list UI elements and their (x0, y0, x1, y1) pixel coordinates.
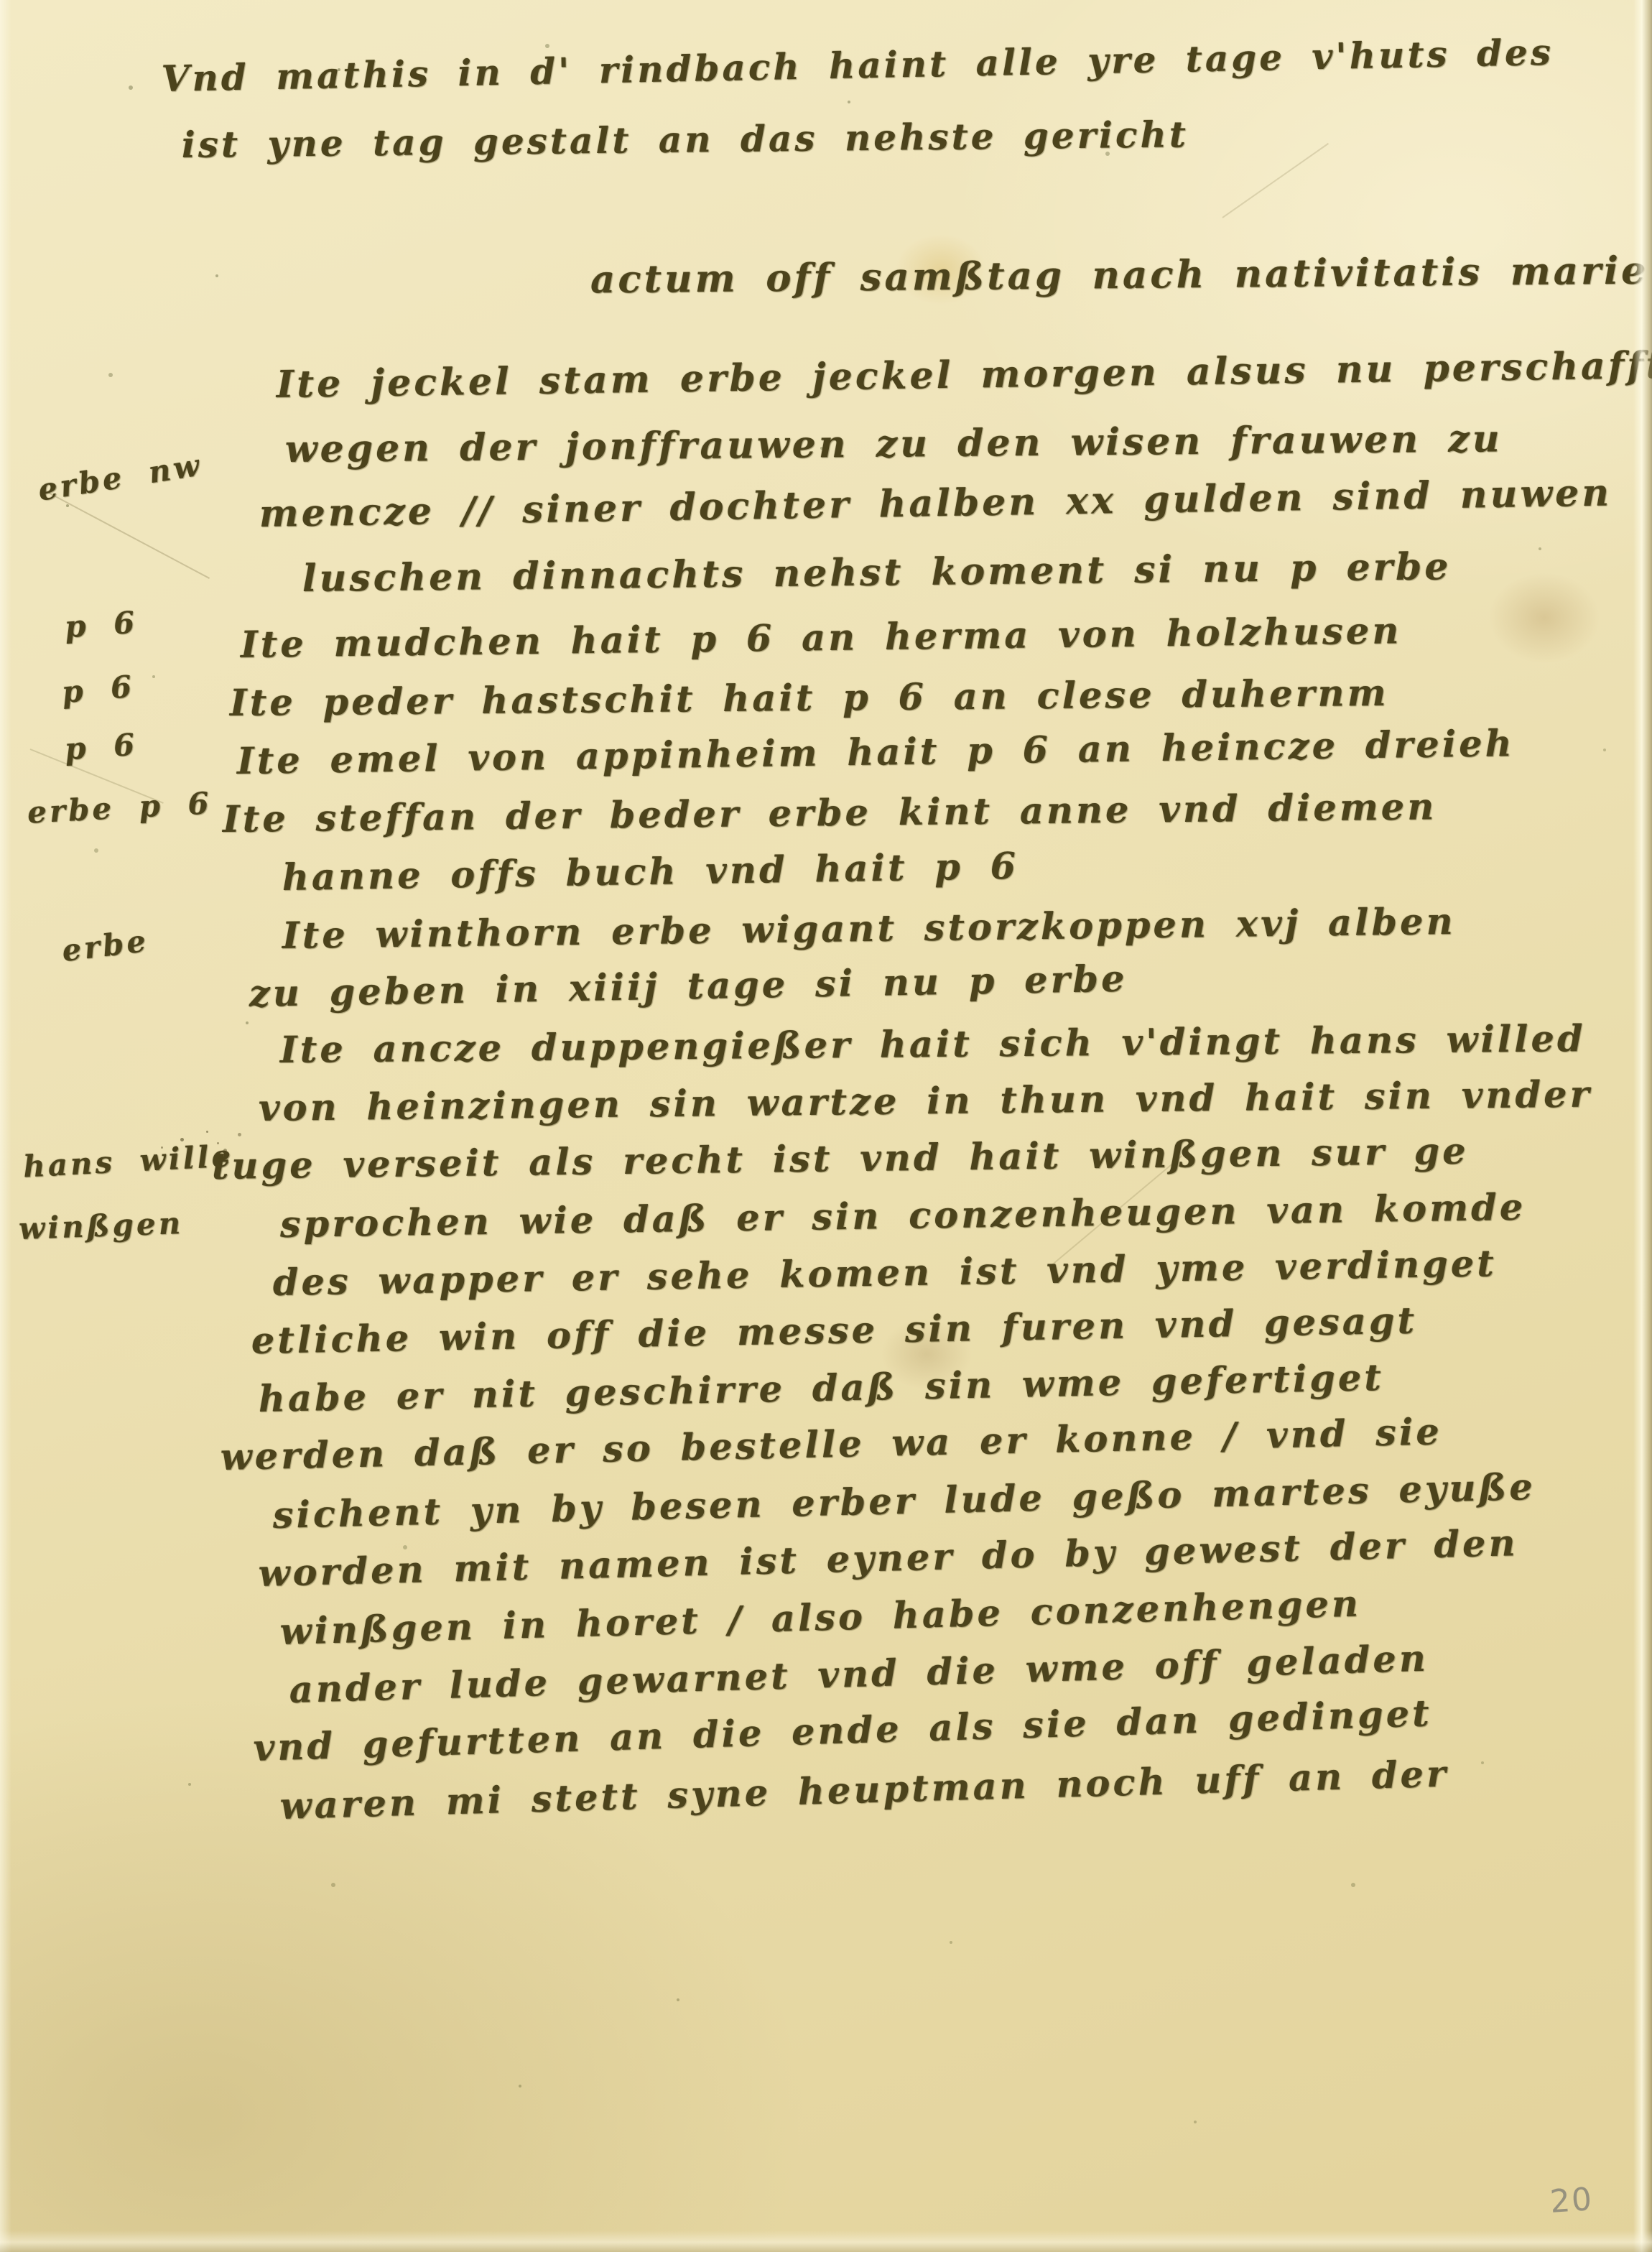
margin-note-p6-3: p 6 (63, 727, 138, 767)
payment-entries: Ite mudchen hait p 6 an herma von holzhu… (219, 624, 1515, 1031)
margin-note-erbe-nw: erbe nw (36, 447, 205, 507)
page-number: 20 (1549, 2181, 1594, 2220)
page-edge-right (1633, 0, 1652, 2252)
margin-note-erbe-p6: erbe p 6 (27, 785, 213, 830)
page-edge-bottom (0, 2230, 1652, 2252)
case-paragraph: Ite jeckel stam erbe jeckel morgen alsus… (255, 363, 1652, 621)
manuscript-line: ist yne tag gestalt an das nehste gerich… (182, 109, 1554, 190)
paper-scratch (45, 490, 210, 579)
dateline: actum off samßtag nach nativitatis marie (590, 249, 1648, 302)
manuscript-page: Vnd mathis in d' rindbach haint alle yre… (0, 0, 1652, 2252)
testimony-paragraph: Ite ancze duppengießer hait sich v'dingt… (212, 1029, 1592, 1843)
margin-note-hans-wille: hans wille (22, 1138, 234, 1184)
margin-note-winssgen: winßgen (18, 1205, 184, 1246)
manuscript-line: Ite jeckel stam erbe jeckel morgen alsus… (276, 343, 1652, 427)
intro-paragraph: Vnd mathis in d' rindbach haint alle yre… (162, 57, 1554, 190)
manuscript-line: Vnd mathis in d' rindbach haint alle yre… (161, 31, 1554, 124)
margin-note-p6-1: p 6 (63, 605, 138, 645)
page-edge-left (0, 0, 11, 2252)
margin-note-erbe: erbe (60, 923, 150, 968)
margin-note-p6-2: p 6 (60, 669, 136, 710)
